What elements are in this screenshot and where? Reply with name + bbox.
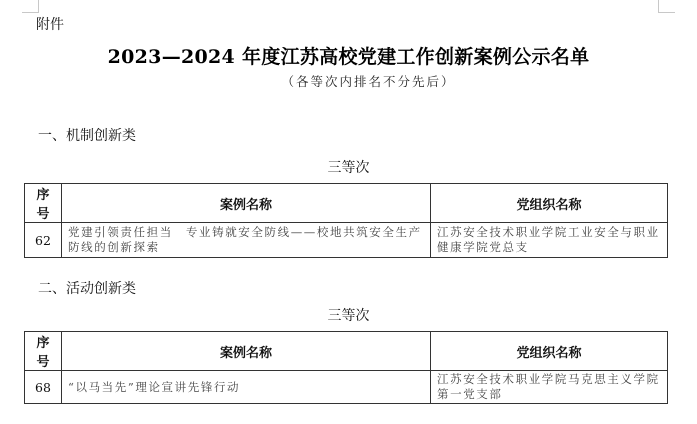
column-header-seq: 序号 xyxy=(25,332,62,371)
results-table-activity: 序号 案例名称 党组织名称 68 “以马当先”理论宣讲先锋行动 江苏安全技术职业… xyxy=(24,331,668,404)
cell-seq: 62 xyxy=(25,223,62,258)
page-corner-mark-left xyxy=(22,0,39,13)
column-header-case-name: 案例名称 xyxy=(62,184,431,223)
grade-label: 三等次 xyxy=(0,157,697,177)
column-header-org-name: 党组织名称 xyxy=(431,184,668,223)
table-row: 68 “以马当先”理论宣讲先锋行动 江苏安全技术职业学院马克思主义学院第一党支部 xyxy=(25,371,668,404)
results-table-mechanism: 序号 案例名称 党组织名称 62 党建引领责任担当 专业铸就安全防线——校地共筑… xyxy=(24,183,668,258)
cell-seq: 68 xyxy=(25,371,62,404)
grade-label: 三等次 xyxy=(0,305,697,325)
table-header-row: 序号 案例名称 党组织名称 xyxy=(25,332,668,371)
cell-org-name: 江苏安全技术职业学院工业安全与职业健康学院党总支 xyxy=(431,223,668,258)
table-row: 62 党建引领责任担当 专业铸就安全防线——校地共筑安全生产防线的创新探索 江苏… xyxy=(25,223,668,258)
document-subtitle: （各等次内排名不分先后） xyxy=(0,72,697,90)
column-header-case-name: 案例名称 xyxy=(62,332,431,371)
section-heading-activity: 二、活动创新类 xyxy=(38,278,136,298)
column-header-seq: 序号 xyxy=(25,184,62,223)
cell-org-name: 江苏安全技术职业学院马克思主义学院第一党支部 xyxy=(431,371,668,404)
cell-case-name: 党建引领责任担当 专业铸就安全防线——校地共筑安全生产防线的创新探索 xyxy=(62,223,431,258)
document-title: 2023—2024 年度江苏高校党建工作创新案例公示名单 xyxy=(0,42,697,69)
table-header-row: 序号 案例名称 党组织名称 xyxy=(25,184,668,223)
page-corner-mark-right xyxy=(658,0,675,13)
column-header-org-name: 党组织名称 xyxy=(431,332,668,371)
attachment-label: 附件 xyxy=(36,14,64,34)
cell-case-name: “以马当先”理论宣讲先锋行动 xyxy=(62,371,431,404)
section-heading-mechanism: 一、机制创新类 xyxy=(38,125,136,145)
